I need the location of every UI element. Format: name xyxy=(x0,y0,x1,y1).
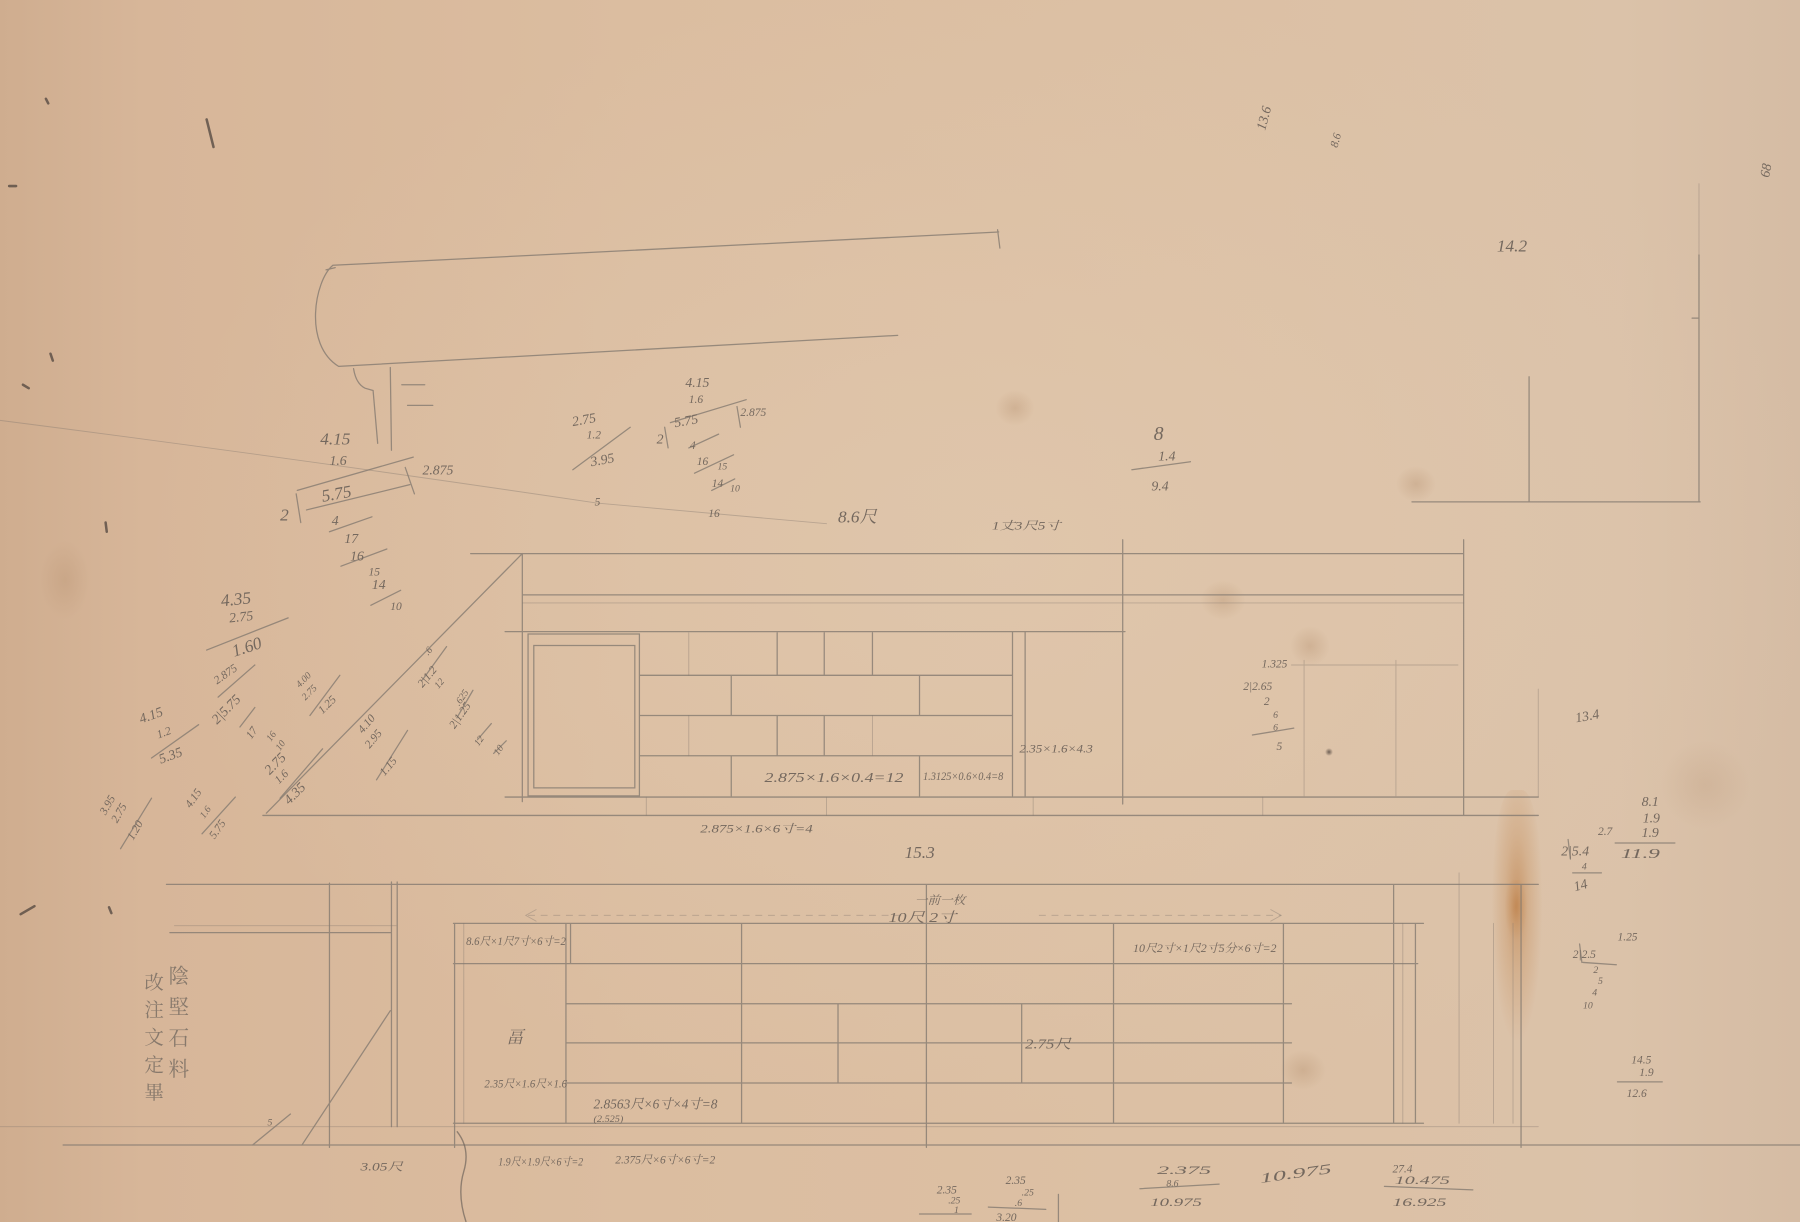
calc-step: 4 xyxy=(1582,861,1587,872)
calc-value: 10.475 xyxy=(1395,1175,1451,1187)
calc-value: 2.35 xyxy=(937,1184,957,1196)
side-note-right-column: 陰堅石料 xyxy=(165,965,189,1089)
calc-value: 10.975 xyxy=(1259,1161,1333,1186)
calc-step: 17 xyxy=(244,724,261,741)
calc-value: 27.4 xyxy=(1392,1164,1412,1176)
beam-calc-mid: 2.75 1.2 3.95 5 xyxy=(571,410,616,508)
calc-value: 2.875 xyxy=(740,407,766,419)
calc-value: 5.75 xyxy=(207,818,228,842)
calc-step: 4 xyxy=(690,440,696,452)
calc-value: 8 xyxy=(1154,424,1164,445)
calc-value: 2.375 xyxy=(1157,1165,1211,1177)
side-note-left-column: 改注文定畢 xyxy=(141,972,164,1110)
count-note: 一前一枚 xyxy=(915,894,967,907)
panel-division-calc: 1.325 2|2.65 2 6 6 5 xyxy=(1243,658,1287,753)
glyph-mark: 畐 xyxy=(506,1028,526,1047)
calc-step: 5 xyxy=(1598,976,1603,987)
calc-step: 16 xyxy=(708,508,720,520)
calc-value: 1.6 xyxy=(198,804,214,820)
dimension-15-3: 15.3 xyxy=(905,843,936,862)
panel-note-b: 1.3125×0.6×0.4=8 xyxy=(923,771,1004,783)
calc-step: 14 xyxy=(1572,876,1589,894)
margin-note-8-6: 8.6 xyxy=(1329,132,1344,149)
calc-value: 1.60 xyxy=(230,633,265,661)
note-left: 2.35尺×1.6尺×1.6 xyxy=(484,1078,567,1091)
calc-value: 4.35 xyxy=(281,779,309,807)
base-note-b: 2.375尺×6寸×6寸=2 xyxy=(615,1153,715,1166)
bottom-calculations: 2.35 .25 1 2.35 .25 .6 3.20 2.375 8.6 10… xyxy=(937,1161,1451,1222)
calc-value: 9.4 xyxy=(1151,478,1168,493)
calc-value: 1 xyxy=(954,1205,959,1216)
calc-step: 4 xyxy=(332,513,339,528)
panel-note-c: 2.35×1.6×4.3 xyxy=(1019,743,1093,755)
calc-step: 16 xyxy=(350,548,364,563)
calc-value: 2|5.75 xyxy=(208,692,243,727)
calc-value: 3.20 xyxy=(995,1212,1016,1222)
calc-value: 2.875 xyxy=(212,662,240,687)
calc-value: 5.35 xyxy=(157,744,185,766)
right-calculations: 8.1 1.9 1.9 11.9 2.7 2|5.4 4 14 1.25 2|2… xyxy=(1561,794,1660,1100)
calc-value: 5.75 xyxy=(320,482,353,506)
panel-note-top-left: 8.6尺×1尺7寸×6寸=2 xyxy=(466,935,566,948)
calc-value: 4.15 xyxy=(137,704,165,726)
calc-value: 14.5 xyxy=(1631,1055,1651,1067)
calc-value: 1.25 xyxy=(316,694,339,717)
margin-note-13-6: 13.6 xyxy=(1253,104,1274,131)
calc-step: 10 xyxy=(730,484,740,495)
dimension-span: 1丈3尺5寸 xyxy=(992,519,1063,532)
calc-value: 1.6 xyxy=(329,453,346,468)
calc-value: 1.325 xyxy=(1262,658,1288,670)
calc-value: 1.2 xyxy=(587,430,602,442)
note-mid: 2.8563尺×6寸×4寸=8 xyxy=(593,1096,717,1111)
calc-value: 5.75 xyxy=(673,411,699,430)
calc-step: 10 xyxy=(492,743,507,757)
calc-step: 4 xyxy=(1592,988,1597,999)
calc-value: 8.1 xyxy=(1642,794,1659,809)
beam-sketch xyxy=(315,230,999,451)
span-note: 10尺 2寸 xyxy=(889,910,960,925)
calc-value: 1.2 xyxy=(155,725,173,741)
calc-value: 2.75 xyxy=(571,410,597,429)
upper-elevation-faint xyxy=(522,603,1538,815)
calc-step: 2 xyxy=(1593,965,1598,976)
calc-step: 6 xyxy=(1273,722,1278,733)
dimension-8-6-shaku: 8.6尺 xyxy=(838,508,878,527)
paper-crease xyxy=(0,420,827,523)
calc-value: 2 xyxy=(657,431,664,446)
calc-step: 16 xyxy=(697,456,709,468)
calc-value: 2|2.65 xyxy=(1243,681,1272,693)
calc-value: 2|5.4 xyxy=(1561,844,1589,859)
center-dimension: 2.75尺 xyxy=(1025,1037,1072,1052)
calc-rules xyxy=(121,400,1675,1222)
calc-value: 2 xyxy=(280,505,289,524)
calc-step: 5 xyxy=(1277,741,1283,753)
calc-value: 1.9 xyxy=(1643,810,1660,825)
calc-value: .6 xyxy=(422,645,435,658)
calc-step: 17 xyxy=(344,531,359,546)
calc-value: 2|1.25 xyxy=(447,700,474,731)
calc-value: 2.35 xyxy=(1006,1175,1026,1187)
beam-outline xyxy=(315,230,999,367)
calc-value: 4.35 xyxy=(220,588,252,610)
panel-note-a: 2.875×1.6×0.4=12 xyxy=(765,770,904,785)
dimension-13-4: 13.4 xyxy=(1574,706,1600,725)
note-mid-alt: (2.525) xyxy=(593,1114,623,1125)
base-note-a: 1.9尺×1.9尺×6寸=2 xyxy=(498,1156,583,1169)
calc-step: 10 xyxy=(390,601,402,613)
calc-value: .25 xyxy=(1022,1188,1034,1199)
beam-calc-left: 4.15 1.6 2 5.75 2.875 4 17 16 15 14 10 xyxy=(280,429,453,612)
calc-value: 1.20 xyxy=(125,819,146,843)
calc-value: 4.15 xyxy=(183,787,204,811)
calc-value: 1.15 xyxy=(378,755,400,778)
corner-frame-lines xyxy=(1412,255,1700,502)
calc-step: 15 xyxy=(717,462,727,473)
bracket-profile xyxy=(354,368,433,451)
architectural-drawing: 13.6 8.6 68 14.2 13.4 15.3 4.15 1.6 2 5.… xyxy=(0,0,1800,1222)
calc-step: 12 xyxy=(432,676,447,691)
calc-value: 2.7 xyxy=(1598,826,1614,838)
calc-value: 1.6 xyxy=(689,394,704,406)
calc-value: 1.25 xyxy=(1617,932,1637,944)
lower-elevation-faint xyxy=(0,873,1538,1127)
calc-step: 10 xyxy=(1583,1000,1593,1011)
calc-step: 2 xyxy=(1264,696,1270,708)
calc-step: 14 xyxy=(712,478,724,490)
calc-step: 6 xyxy=(1273,710,1278,721)
left-calculations: 4.35 2.75 1.60 4.15 1.2 5.35 2.875 2|5.7… xyxy=(97,588,506,842)
panel-note-top-right: 10尺2寸×1尺2寸5分×6寸=2 xyxy=(1133,942,1277,955)
calc-step: 12 xyxy=(472,734,487,748)
small-mark: 5 xyxy=(267,1118,272,1129)
calc-value: 2.875 xyxy=(422,462,453,477)
base-note: 2.875×1.6×6寸=4 xyxy=(700,823,813,836)
calc-value: 8.6 xyxy=(1166,1178,1178,1189)
calc-value: 1.9 xyxy=(1642,825,1659,840)
dimension-14-2: 14.2 xyxy=(1497,237,1528,256)
calc-value: 2.75 xyxy=(228,608,254,625)
beam-calc-right: 4.15 1.6 2 5.75 2.875 4 16 15 14 10 16 xyxy=(657,375,767,520)
base-dimension-left: 3.05尺 xyxy=(359,1160,404,1173)
calc-value: 16.925 xyxy=(1392,1197,1446,1209)
calc-value: 10.975 xyxy=(1150,1197,1202,1209)
calc-value: 4.15 xyxy=(685,375,709,390)
calc-value: 5 xyxy=(595,496,601,508)
calc-value: 12.6 xyxy=(1627,1088,1647,1100)
calc-step: 14 xyxy=(372,577,386,592)
top-calc: 8 1.4 9.4 xyxy=(1151,424,1175,494)
sheet-number: 68 xyxy=(1757,162,1774,178)
calc-value: .6 xyxy=(1015,1198,1022,1209)
calc-value: 1.9 xyxy=(1639,1067,1654,1079)
edge-specks xyxy=(9,99,213,914)
calc-value: 4.15 xyxy=(320,429,351,448)
calc-value: 2|2.5 xyxy=(1573,949,1596,961)
calc-value: 11.9 xyxy=(1621,846,1660,861)
calc-value: 1.4 xyxy=(1158,449,1175,464)
calc-value: 3.95 xyxy=(588,450,615,469)
